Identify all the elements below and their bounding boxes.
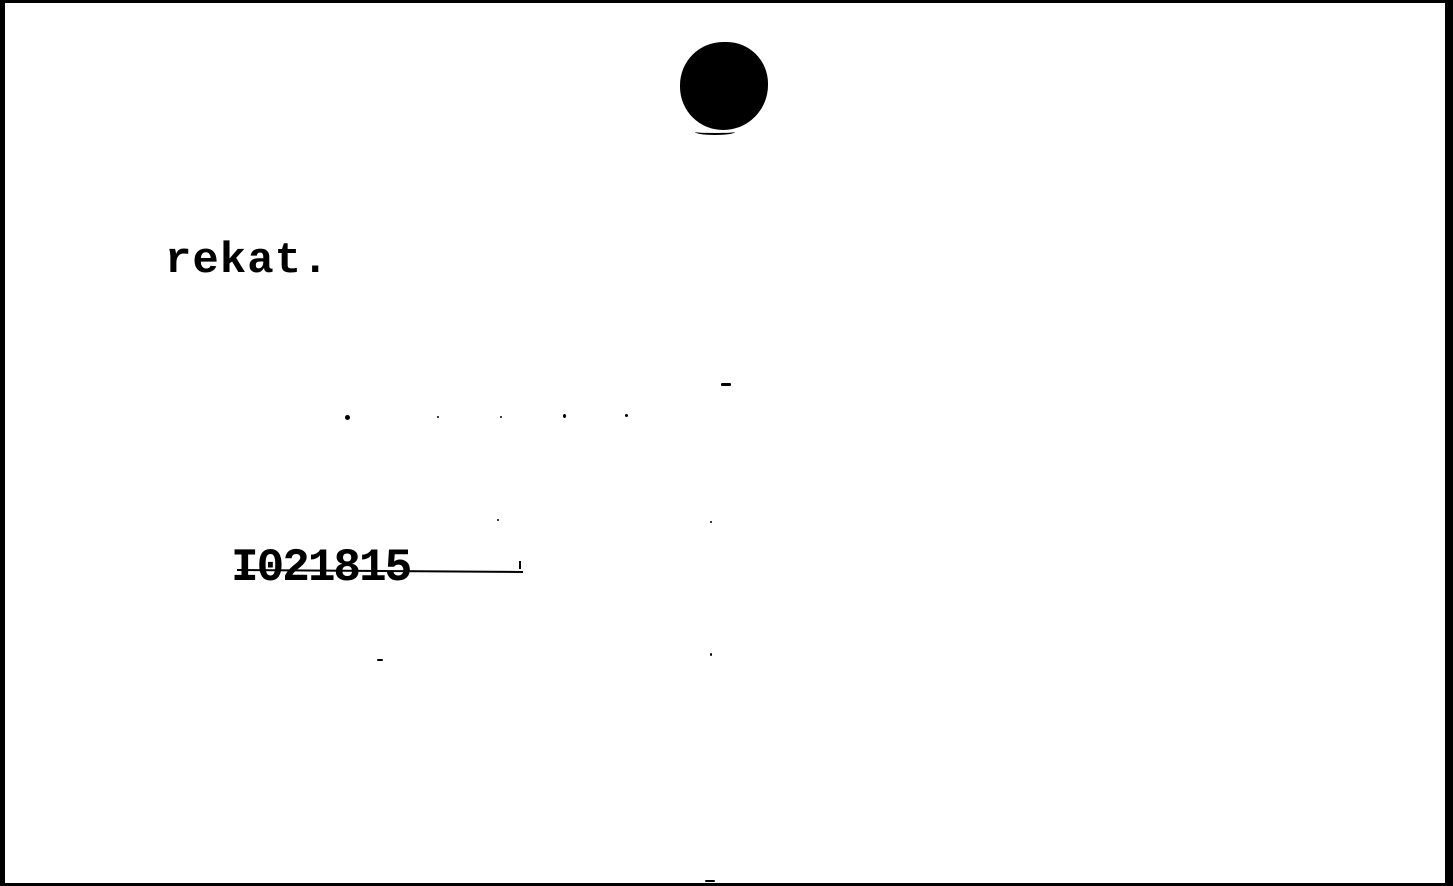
scan-speck <box>497 519 499 521</box>
scan-speck <box>345 415 350 420</box>
scan-speck <box>710 521 712 523</box>
scan-speck <box>377 659 383 661</box>
scan-speck <box>437 416 439 418</box>
index-card: rekat. I021815 <box>5 3 1445 883</box>
scan-speck <box>721 383 731 386</box>
scan-speck <box>563 414 566 418</box>
punch-hole <box>680 42 768 130</box>
scan-speck <box>710 653 712 656</box>
scan-speck <box>625 414 628 417</box>
typed-text-line: rekat. <box>165 239 329 283</box>
scan-speck <box>500 416 502 418</box>
reference-number: I021815 <box>231 545 410 591</box>
strikethrough-end-mark <box>519 561 521 569</box>
punch-hole-rim <box>695 129 735 135</box>
scan-speck <box>705 880 715 882</box>
